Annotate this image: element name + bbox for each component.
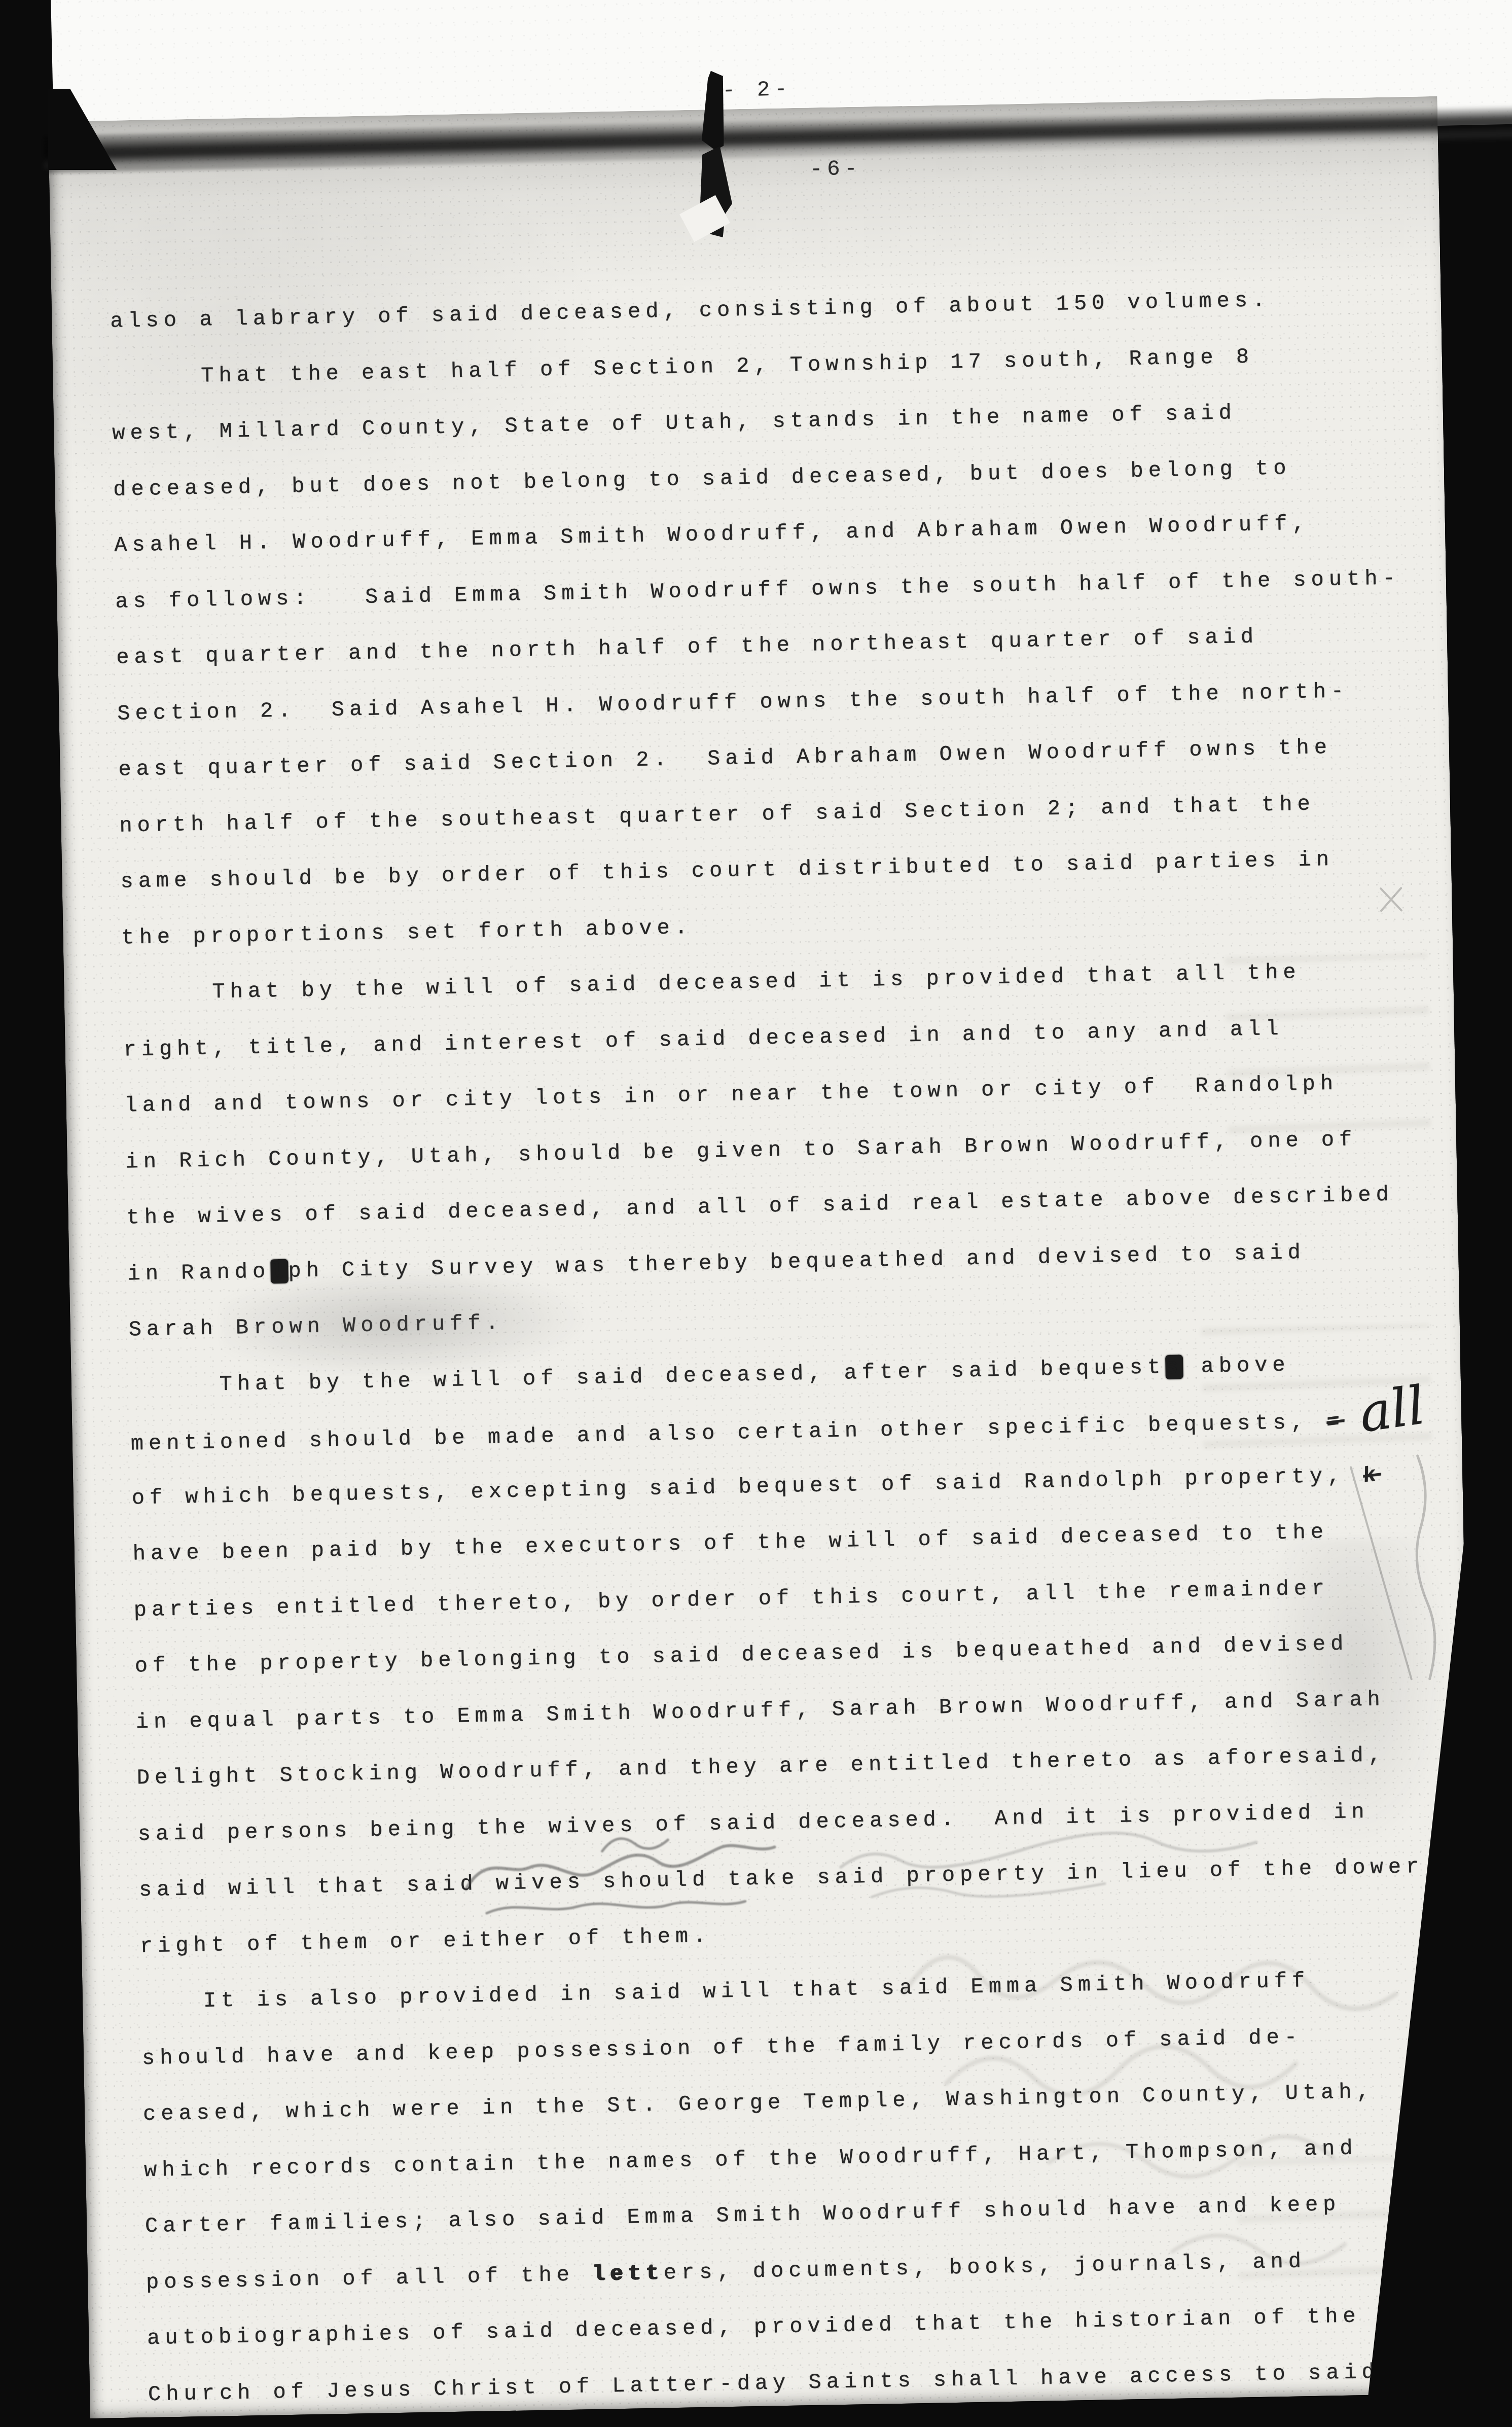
text-line: should have and keep possession of the f… [142,2026,1303,2069]
text-run: east quarter of said Section 2. Said Abr… [118,735,1332,782]
text-run: That the east half of Section 2, Townshi… [201,344,1254,388]
previous-page-number: - 2- [722,77,792,103]
text-line: which records contain the names of the W… [144,2137,1358,2181]
text-line: Church of Jesus Christ of Latter-day Sai… [148,2361,1380,2405]
text-line: autobiographies of said deceased, provid… [147,2305,1361,2349]
text-line: possession of all of the letters, docume… [146,2251,1307,2293]
text-run: Delight Stocking Woodruff, and they are … [136,1743,1386,1790]
text-run-blob: s [1165,1354,1183,1379]
text-line: right of them or either of them. [140,1925,711,1957]
text-line: the proportions set forth above. [121,916,693,948]
text-run: east quarter and the north half of the n… [116,624,1259,669]
text-run: have been paid by the executors of the w… [132,1520,1328,1566]
text-run: should have and keep possession of the f… [142,2025,1303,2071]
scan-area: - 2- -6- also a labrary of said deceased… [0,0,1512,2427]
text-run: same should be by order of this court di… [120,847,1334,894]
text-run: west, Millard County, State of Utah, sta… [112,401,1237,446]
text-run: right, title, and interest of said decea… [123,1016,1284,1062]
text-run: of the property belonging to said deceas… [134,1632,1348,1679]
text-run: said will that said wives should take sa… [138,1854,1424,1902]
text-line: deceased, but does not belong to said de… [113,457,1291,501]
text-line: have been paid by the executors of the w… [132,1521,1328,1564]
text-line: same should be by order of this court di… [120,849,1334,893]
text-run: Asahel H. Woodruff, Emma Smith Woodruff,… [114,512,1310,558]
text-line: It is also provided in said will that sa… [203,1970,1310,2012]
text-line: That by the will of said deceased it is … [212,961,1301,1003]
text-run: north half of the southeast quarter of s… [119,792,1315,838]
text-line: north half of the southeast quarter of s… [119,793,1315,836]
text-run: the wives of said deceased, and all of s… [126,1183,1394,1230]
text-run: parties entitled thereto, by order of th… [133,1576,1329,1622]
text-run: as follows: Said Emma Smith Woodruff own… [115,566,1400,614]
text-run: ers, documents, books, journals, and [663,2249,1306,2285]
text-line: Carter families; also said Emma Smith Wo… [145,2194,1341,2237]
text-line: of which bequests, excepting said beques… [131,1465,1381,1509]
text-run: That by the will of said deceased it is … [212,960,1301,1004]
text-line: land and towns or city lots in or near t… [124,1073,1338,1117]
bleed-through-smudge [1237,2155,1443,2326]
text-run: deceased, but does not belong to said de… [113,456,1291,502]
text-line: in equal parts to Emma Smith Woodruff, S… [135,1689,1385,1733]
text-run: Section 2. Said Asahel H. Woodruff owns … [117,679,1349,726]
text-run: possession of all of the [146,2262,593,2295]
text-run: autobiographies of said deceased, provid… [147,2304,1361,2350]
text-run: of which bequests, excepting said beques… [131,1463,1363,1510]
text-line: in Rich County, Utah, should be given to… [125,1129,1357,1173]
text-run: land and towns or city lots in or near t… [124,1072,1338,1118]
text-run: in Rich County, Utah, should be given to… [125,1127,1357,1174]
bleed-through-smudge [1225,953,1432,1175]
text-line: also a labrary of said deceased, consist… [110,290,1271,332]
text-line: Delight Stocking Woodruff, and they are … [137,1744,1387,1789]
text-line: of the property belonging to said deceas… [134,1633,1348,1677]
text-run-over: lett [592,2261,664,2287]
ink-smudge [221,1258,608,1386]
text-run: Church of Jesus Christ of Latter-day Sai… [148,2360,1380,2407]
text-line: said persons being the wives of said dec… [138,1801,1370,1845]
text-line: right, title, and interest of said decea… [123,1018,1284,1060]
text-run: also a labrary of said deceased, consist… [110,288,1271,334]
text-line: east quarter of said Section 2. Said Abr… [118,737,1332,780]
text-run: which records contain the names of the W… [144,2136,1358,2183]
document-page: -6- also a labrary of said deceased, con… [48,96,1480,2418]
text-run: said persons being the wives of said dec… [137,1799,1370,1846]
text-run: ceased, which were in the St. George Tem… [143,2080,1375,2127]
bleed-through-smudge [1201,1324,1432,1485]
text-run: It is also provided in said will that sa… [203,1969,1310,2013]
text-line: said will that said wives should take sa… [139,1856,1424,1901]
page-number: -6- [810,157,862,182]
text-line: Section 2. Said Asahel H. Woodruff owns … [117,681,1349,725]
text-line: the wives of said deceased, and all of s… [126,1184,1394,1229]
text-run: in equal parts to Emma Smith Woodruff, S… [135,1687,1385,1734]
text-line: parties entitled thereto, by order of th… [133,1578,1329,1621]
text-run: right of them or either of them. [140,1923,711,1958]
text-line: west, Millard County, State of Utah, sta… [112,402,1237,444]
text-line: Asahel H. Woodruff, Emma Smith Woodruff,… [114,513,1310,556]
text-line: That the east half of Section 2, Townshi… [201,346,1254,386]
text-line: as follows: Said Emma Smith Woodruff own… [115,567,1400,612]
text-run: Carter families; also said Emma Smith Wo… [145,2192,1341,2238]
text-line: ceased, which were in the St. George Tem… [143,2081,1375,2125]
text-line: east quarter and the north half of the n… [116,626,1258,668]
ink-smudge [1256,1537,1454,1854]
scanned-typewritten-document: { "page": { "prev_page_number": "- 2-", … [0,0,1512,2427]
text-run: the proportions set forth above. [121,915,693,950]
text-run: mentioned should be made and also certai… [130,1410,1326,1456]
